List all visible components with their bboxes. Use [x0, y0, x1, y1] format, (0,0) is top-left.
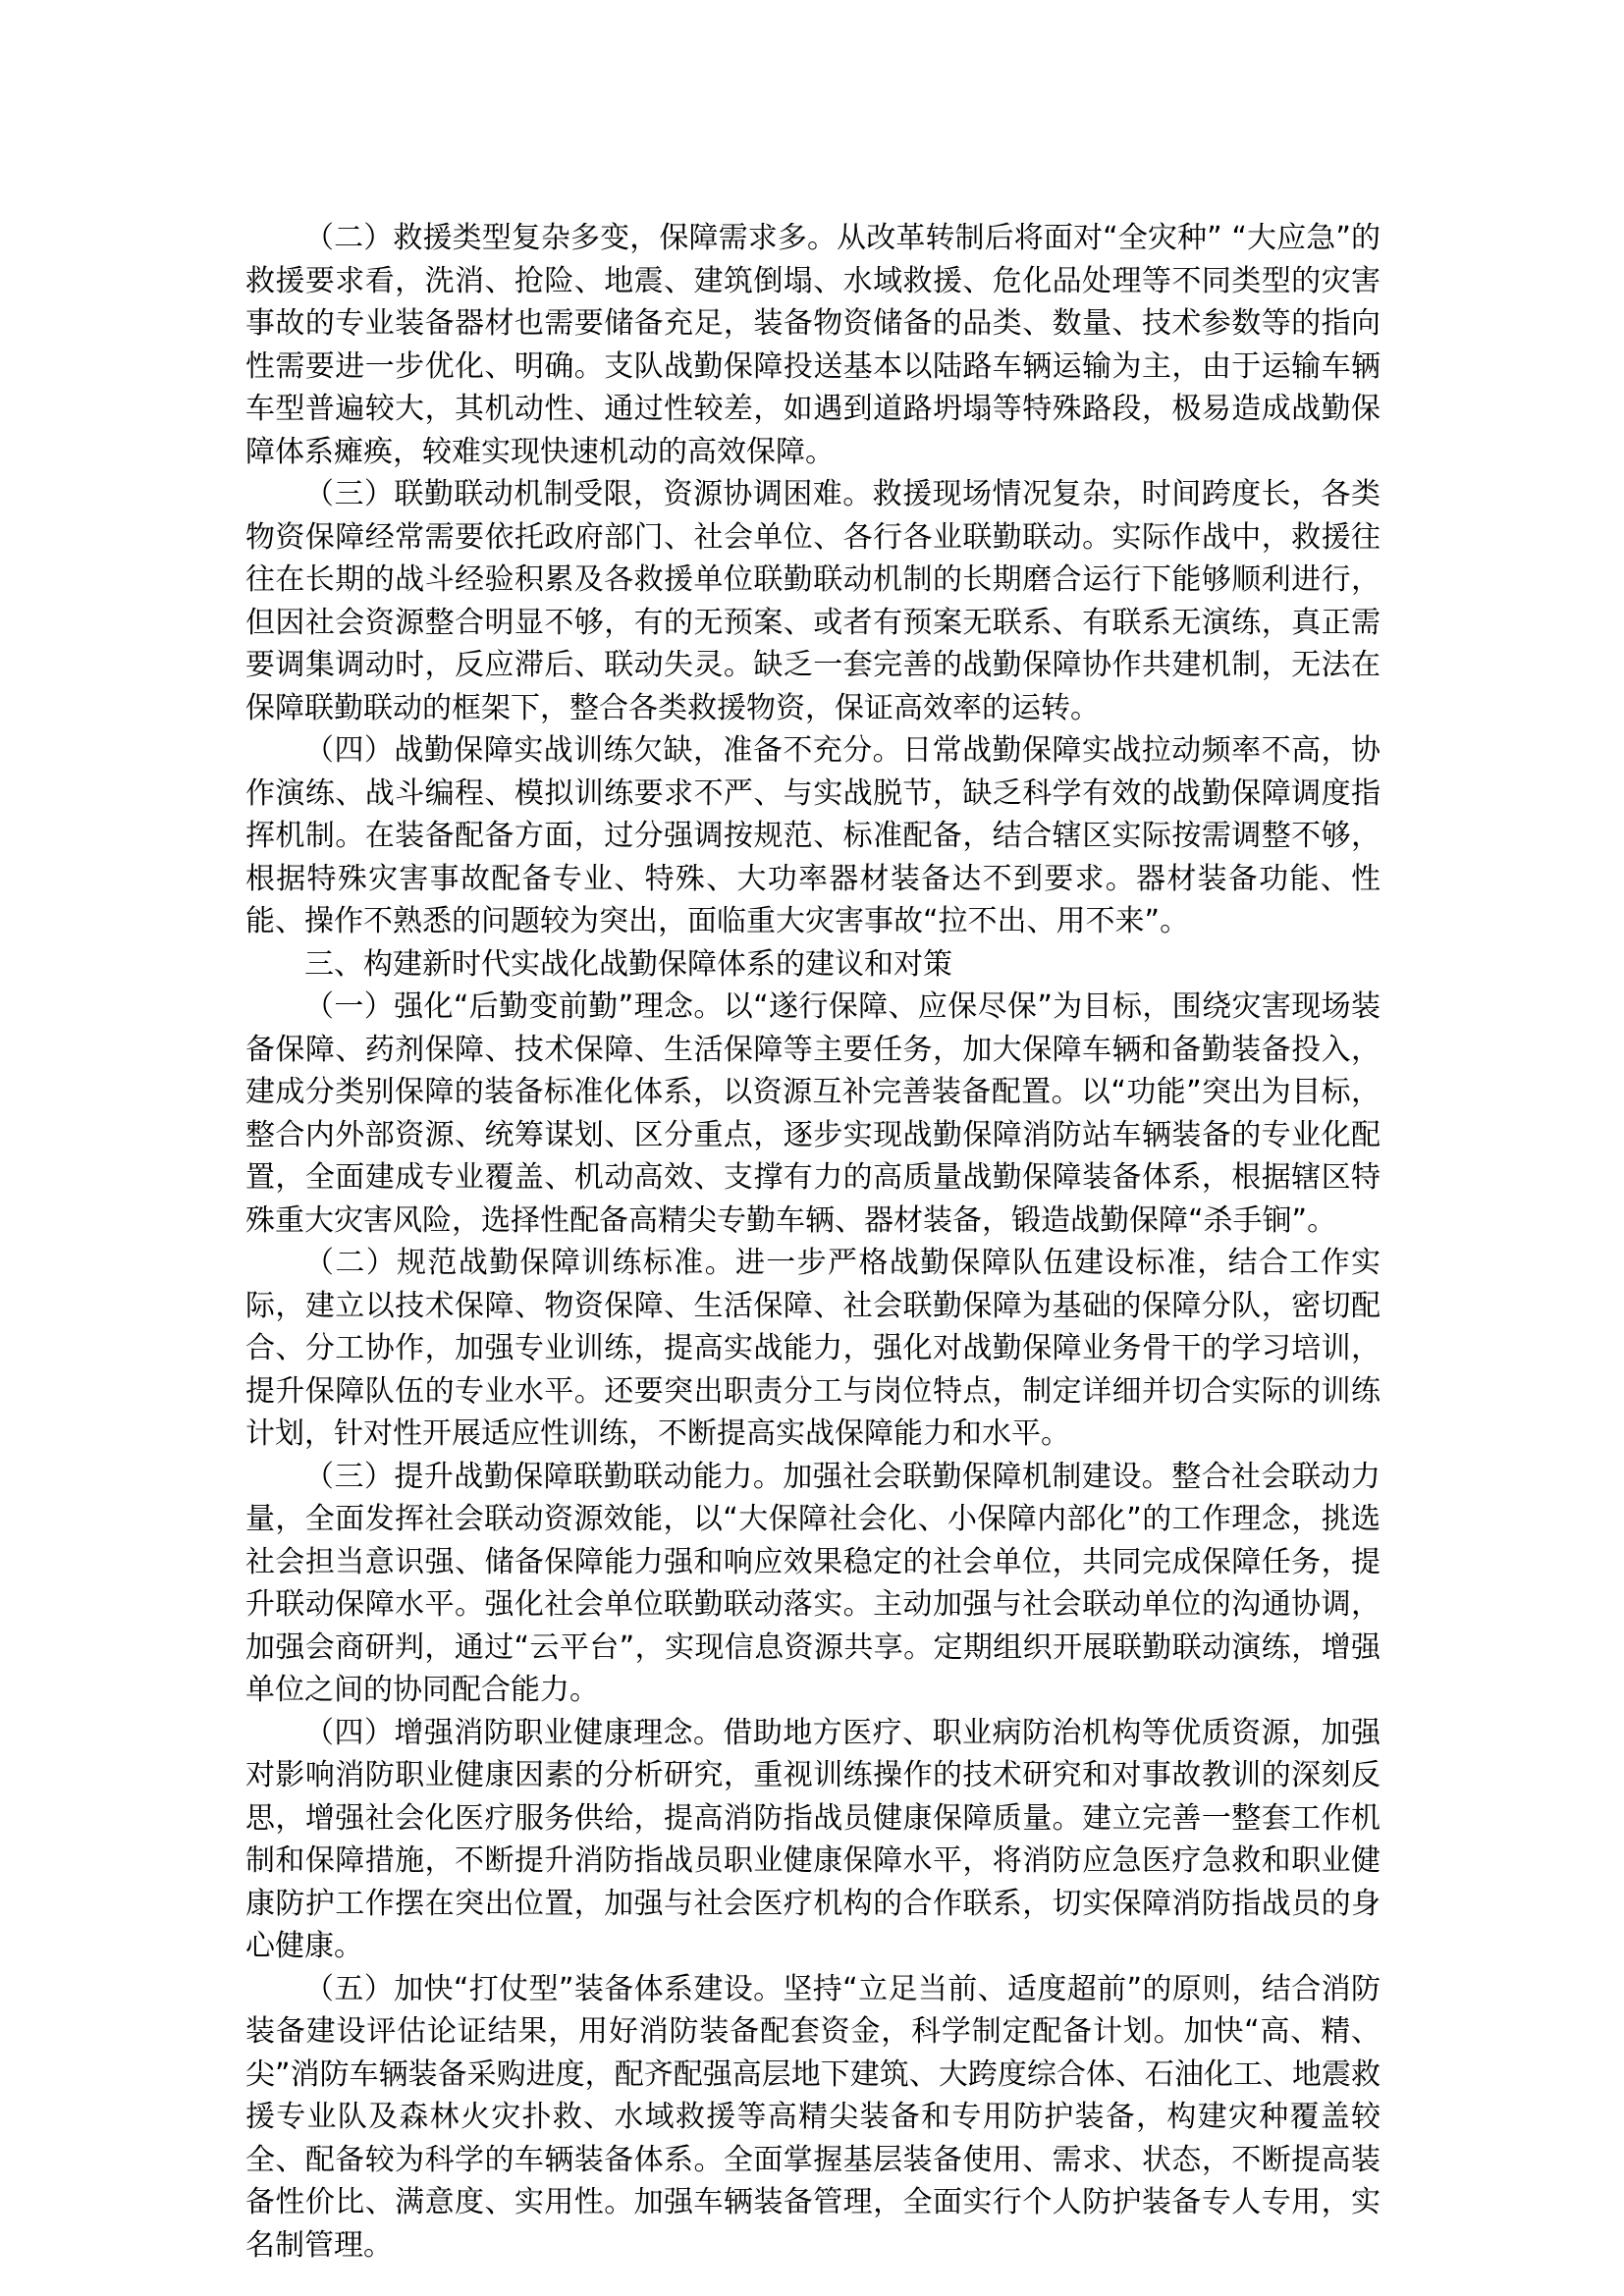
paragraph-issue-4: （四）战勤保障实战训练欠缺，准备不充分。日常战勤保障实战拉动频率不高，协作演练、…	[245, 729, 1380, 943]
paragraph-suggestion-3: （三）提升战勤保障联勤联动能力。加强社会联勤保障机制建设。整合社会联动力量，全面…	[245, 1456, 1380, 1712]
section-heading-3: 三、构建新时代实战化战勤保障体系的建议和对策	[245, 943, 1380, 987]
paragraph-suggestion-4: （四）增强消防职业健康理念。借助地方医疗、职业病防治机构等优质资源，加强对影响消…	[245, 1712, 1380, 1968]
paragraph-suggestion-5: （五）加快“打仗型”装备体系建设。坚持“立足当前、适度超前”的原则，结合消防装备…	[245, 1968, 1380, 2268]
paragraph-issue-2: （二）救援类型复杂多变，保障需求多。从改革转制后将面对“全灾种” “大应急”的救…	[245, 217, 1380, 473]
document-body: （二）救援类型复杂多变，保障需求多。从改革转制后将面对“全灾种” “大应急”的救…	[245, 217, 1380, 2267]
paragraph-suggestion-2: （二）规范战勤保障训练标准。进一步严格战勤保障队伍建设标准，结合工作实际，建立以…	[245, 1242, 1380, 1456]
document-page: （二）救援类型复杂多变，保障需求多。从改革转制后将面对“全灾种” “大应急”的救…	[0, 0, 1624, 2296]
paragraph-suggestion-1: （一）强化“后勤变前勤”理念。以“遂行保障、应保尽保”为目标，围绕灾害现场装备保…	[245, 986, 1380, 1242]
paragraph-issue-3: （三）联勤联动机制受限，资源协调困难。救援现场情况复杂，时间跨度长，各类物资保障…	[245, 473, 1380, 729]
